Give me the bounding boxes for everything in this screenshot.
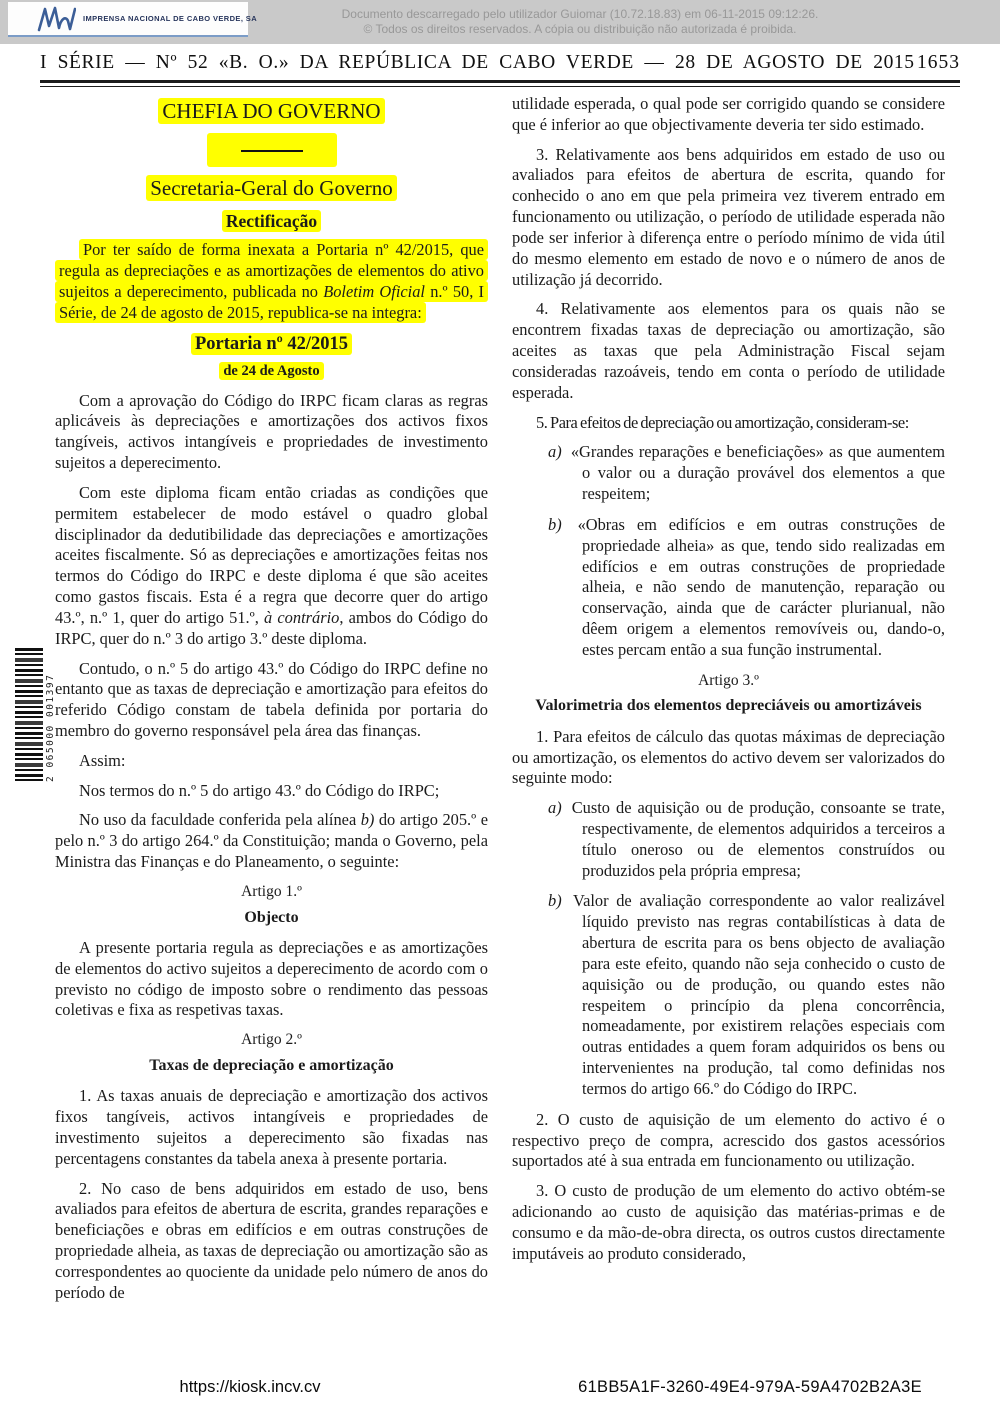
right-column: utilidade esperada, o qual pode ser corr… xyxy=(512,94,945,1313)
heading-rectificacao: Rectificação xyxy=(55,210,488,232)
para-artigo-3-n1: 1. Para efeitos de cálculo das quotas má… xyxy=(512,727,945,789)
artigo-2: Artigo 2.º xyxy=(55,1030,488,1050)
para-artigo-3-n2: 2. O custo de aquisição de um elemento d… xyxy=(512,1110,945,1172)
barcode-number: 2 065000 001397 xyxy=(45,650,56,782)
masthead: I SÉRIE — Nº 52 «B. O.» DA REPÚBLICA DE … xyxy=(40,52,960,74)
page-number: 1653 xyxy=(917,52,960,74)
para-artigo-2-n1: 1. As taxas anuais de depreciação e amor… xyxy=(55,1086,488,1169)
heading-portaria: Portaria nº 42/2015 xyxy=(55,333,488,356)
download-notice-bar: IMPRENSA NACIONAL DE CABO VERDE, SA Docu… xyxy=(0,0,1000,44)
para-assim: Assim: xyxy=(55,751,488,772)
para-nos-termos: Nos termos do n.º 5 do artigo 43.º do Có… xyxy=(55,781,488,802)
alinea-b-artigo-2: b) «Obras em edifícios e em outras const… xyxy=(512,515,945,661)
notice-line2: © Todos os direitos reservados. A cópia … xyxy=(300,22,860,37)
artigo-1-titulo: Objecto xyxy=(55,908,488,928)
para-artigo-2-n4: 4. Relativamente aos elementos para os q… xyxy=(512,299,945,403)
section-divider xyxy=(55,133,488,168)
heading-chefia-do-governo: CHEFIA DO GOVERNO xyxy=(55,98,488,125)
para-artigo-2-n2: 2. No caso de bens adquiridos em estado … xyxy=(55,1179,488,1304)
para-artigo-2-n3: 3. Relativamente aos bens adquiridos em … xyxy=(512,145,945,291)
document-body: CHEFIA DO GOVERNOSecretaria-Geral do Gov… xyxy=(0,94,1000,1313)
incv-logo: IMPRENSA NACIONAL DE CABO VERDE, SA xyxy=(8,2,248,37)
alinea-a-artigo-2: a) «Grandes reparações e beneficiações» … xyxy=(512,442,945,504)
para-preambulo-3: Contudo, o n.º 5 do artigo 43.º do Códig… xyxy=(55,659,488,742)
alinea-b-artigo-3: b) Valor de avaliação correspondente ao … xyxy=(512,891,945,1099)
gazette-title: I SÉRIE — Nº 52 «B. O.» DA REPÚBLICA DE … xyxy=(40,52,915,74)
artigo-3-titulo: Valorimetria dos elementos depreciáveis … xyxy=(512,696,945,716)
alinea-a-artigo-3: a) Custo de aquisição ou de produção, co… xyxy=(512,798,945,881)
incv-logo-text: IMPRENSA NACIONAL DE CABO VERDE, SA xyxy=(83,14,257,23)
download-notice: Documento descarregado pelo utilizador G… xyxy=(300,7,860,37)
para-artigo-1: A presente portaria regula as depreciaçõ… xyxy=(55,938,488,1021)
barcode: 2 065000 001397 xyxy=(15,648,61,784)
para-rectificacao: Por ter saído de forma inexata a Portari… xyxy=(55,240,488,323)
heading-secretaria-geral: Secretaria-Geral do Governo xyxy=(55,175,488,202)
artigo-1: Artigo 1.º xyxy=(55,882,488,902)
barcode-bars-icon xyxy=(15,648,43,784)
heading-portaria-data: de 24 de Agosto xyxy=(55,362,488,380)
para-artigo-3-n3: 3. O custo de produção de um elemento do… xyxy=(512,1181,945,1264)
artigo-3: Artigo 3.º xyxy=(512,671,945,691)
para-artigo-2-n5: 5. Para efeitos de depreciação ou amorti… xyxy=(512,413,945,434)
para-no-uso: No uso da faculdade conferida pela alíne… xyxy=(55,810,488,872)
footer-url: https://kiosk.incv.cv xyxy=(0,1378,500,1397)
masthead-double-rule xyxy=(40,80,960,87)
para-preambulo-1: Com a aprovação do Código do IRPC ficam … xyxy=(55,391,488,474)
incv-logo-mark xyxy=(36,5,76,33)
para-artigo-2-n2-cont: utilidade esperada, o qual pode ser corr… xyxy=(512,94,945,136)
footer-document-id: 61BB5A1F-3260-49E4-979A-59A4702B2A3E xyxy=(500,1378,1000,1397)
divider-line xyxy=(241,150,303,152)
artigo-2-titulo: Taxas de depreciação e amortização xyxy=(55,1056,488,1076)
left-column: CHEFIA DO GOVERNOSecretaria-Geral do Gov… xyxy=(55,94,488,1313)
notice-line1: Documento descarregado pelo utilizador G… xyxy=(300,7,860,22)
para-preambulo-2: Com este diploma ficam então criadas as … xyxy=(55,483,488,650)
